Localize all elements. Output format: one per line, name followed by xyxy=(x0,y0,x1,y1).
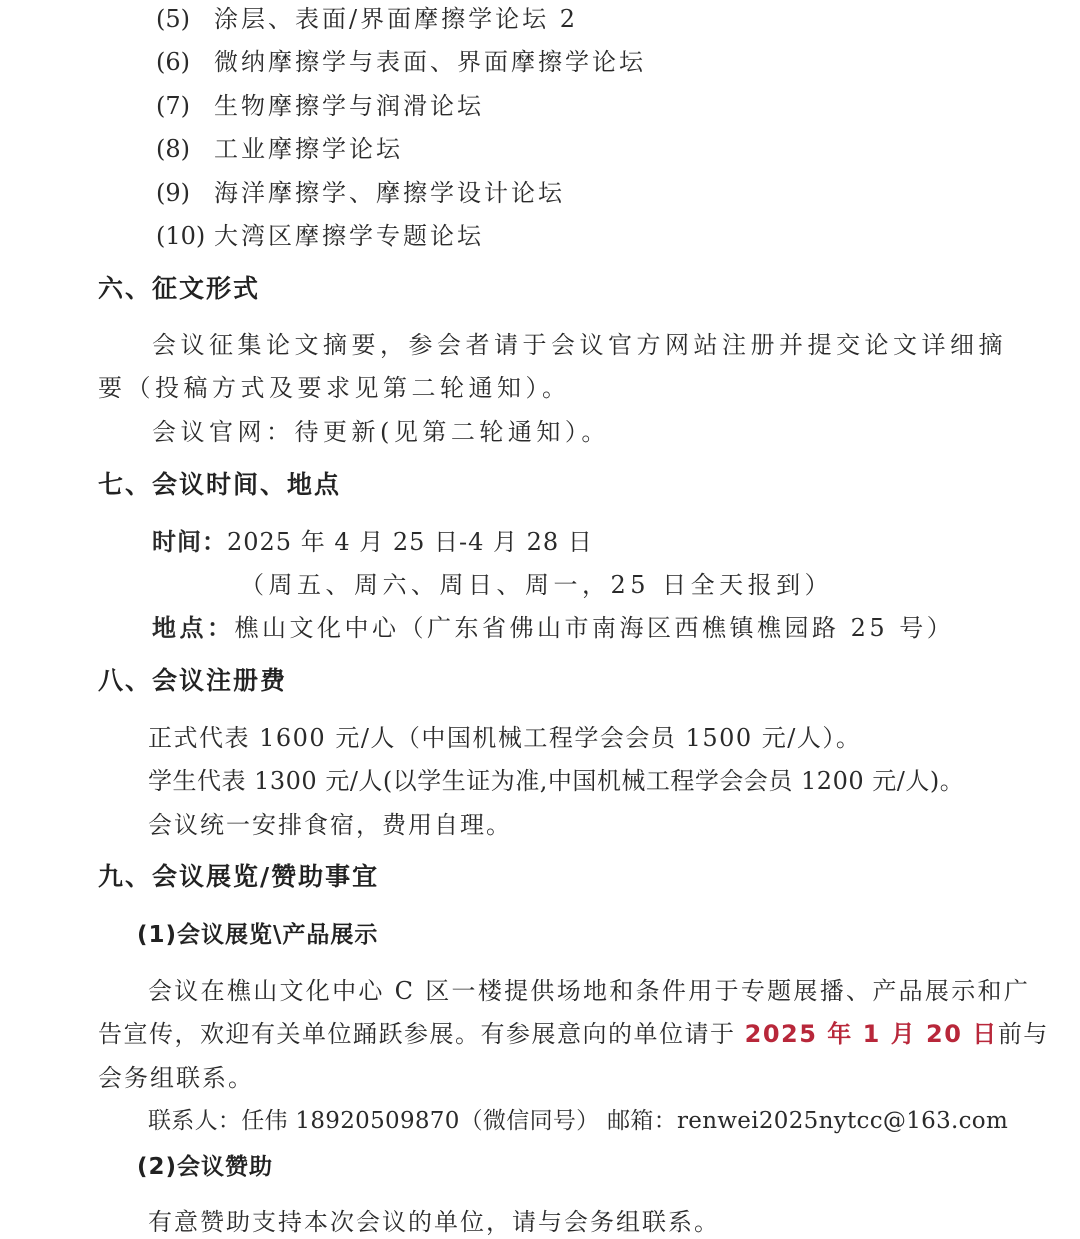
paragraph: 要（投稿方式及要求见第二轮通知）。 xyxy=(98,373,571,403)
time-label: 时间： xyxy=(152,528,227,556)
forum-item: (10)大湾区摩擦学专题论坛 xyxy=(156,221,484,251)
fee-regular: 正式代表 1600 元/人（中国机械工程学会会员 1500 元/人）。 xyxy=(148,723,861,753)
section-heading: 六、征文形式 xyxy=(98,274,260,304)
forum-item: (7)生物摩擦学与润滑论坛 xyxy=(156,91,484,121)
section-heading: 九、会议展览/赞助事宜 xyxy=(98,862,379,892)
website-text: 会议官网：待更新(见第二轮通知）。 xyxy=(152,417,610,447)
time-line: 时间：2025 年 4 月 25 日-4 月 28 日 xyxy=(152,527,593,557)
paragraph: 会议在樵山文化中心 C 区一楼提供场地和条件用于专题展播、产品展示和广 xyxy=(148,976,1030,1006)
subsection-heading: (1)会议展览\产品展示 xyxy=(137,920,378,950)
fee-student: 学生代表 1300 元/人(以学生证为准,中国机械工程学会会员 1200 元/人… xyxy=(148,766,964,796)
time-note: （周五、周六、周日、周一，25 日全天报到） xyxy=(240,570,833,600)
forum-item: (6)微纳摩擦学与表面、界面摩擦学论坛 xyxy=(156,47,646,77)
time-value: 2025 年 4 月 25 日-4 月 28 日 xyxy=(227,528,593,556)
deadline-highlight: 2025 年 1 月 20 日 xyxy=(745,1020,998,1048)
forum-item: (8)工业摩擦学论坛 xyxy=(156,134,403,164)
accommodation-note: 会议统一安排食宿，费用自理。 xyxy=(148,810,512,840)
forum-item: (9)海洋摩擦学、摩擦学设计论坛 xyxy=(156,178,565,208)
paragraph: 会务组联系。 xyxy=(98,1063,254,1093)
section-heading: 七、会议时间、地点 xyxy=(98,470,341,500)
section-heading: 八、会议注册费 xyxy=(98,666,287,696)
place-label: 地点： xyxy=(152,614,235,642)
paragraph: 有意赞助支持本次会议的单位，请与会务组联系。 xyxy=(148,1207,720,1237)
subsection-heading: (2)会议赞助 xyxy=(137,1152,273,1182)
contact-info: 联系人：任伟 18920509870（微信同号） 邮箱：renwei2025ny… xyxy=(148,1106,1008,1136)
place-value: 樵山文化中心（广东省佛山市南海区西樵镇樵园路 25 号） xyxy=(235,614,955,642)
place-line: 地点：樵山文化中心（广东省佛山市南海区西樵镇樵园路 25 号） xyxy=(152,613,954,643)
forum-item: (5)涂层、表面/界面摩擦学论坛 2 xyxy=(156,4,578,34)
paragraph: 会议征集论文摘要，参会者请于会议官方网站注册并提交论文详细摘 xyxy=(152,330,1007,360)
paragraph: 告宣传，欢迎有关单位踊跃参展。有参展意向的单位请于 2025 年 1 月 20 … xyxy=(98,1019,1049,1049)
